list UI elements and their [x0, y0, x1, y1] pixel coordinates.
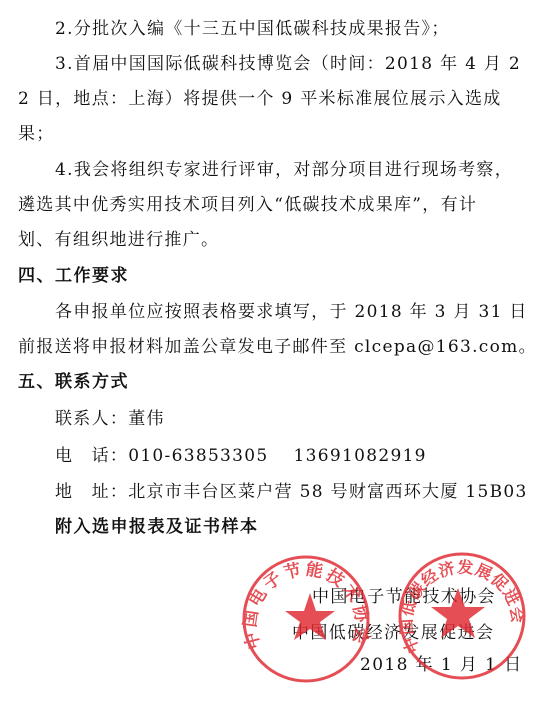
contact-address: 地 址：北京市丰台区菜户营 58 号财富西环大厦 15B03	[55, 482, 528, 502]
paragraph-item-4-line-3: 划、有组织地进行推广。	[18, 230, 219, 250]
paragraph-item-3-line-1: 3.首届中国国际低碳科技博览会（时间：2018 年 4 月 2	[55, 54, 521, 74]
signature-date: 2018 年 1 月 1 日	[360, 655, 523, 675]
paragraph-item-4-line-1: 4.我会将组织专家进行评审，对部分项目进行现场考察，	[55, 160, 513, 180]
section4-body-line-2: 前报送将申报材料加盖公章发电子邮件至 clcepa@163.com。	[18, 337, 537, 357]
seal-left-stamp-icon: 中国电子节能技术协会	[240, 553, 372, 685]
section-heading-work-requirements: 四、工作要求	[18, 266, 129, 286]
contact-phone: 电 话：010-63853305 13691082919	[55, 446, 427, 466]
contact-person: 联系人：董伟	[55, 409, 165, 429]
paragraph-item-2: 2.分批次入编《十三五中国低碳科技成果报告》；	[55, 19, 450, 39]
paragraph-item-4-line-2: 遴选其中优秀实用技术项目列入“低碳技术成果库”，有计	[18, 195, 477, 215]
section-heading-contact: 五、联系方式	[18, 372, 129, 392]
attachment-note: 附入选申报表及证书样本	[55, 517, 259, 537]
section4-body-line-1: 各申报单位应按照表格要求填写，于 2018 年 3 月 31 日	[55, 302, 528, 322]
signature-org-1: 中国电子节能技术协会	[312, 587, 496, 607]
paragraph-item-3-line-2: 2 日，地点：上海）将提供一个 9 平米标准展位展示入选成	[18, 89, 502, 109]
paragraph-item-3-line-3: 果；	[18, 124, 55, 144]
signature-org-2: 中国低碳经济发展促进会	[292, 623, 494, 643]
